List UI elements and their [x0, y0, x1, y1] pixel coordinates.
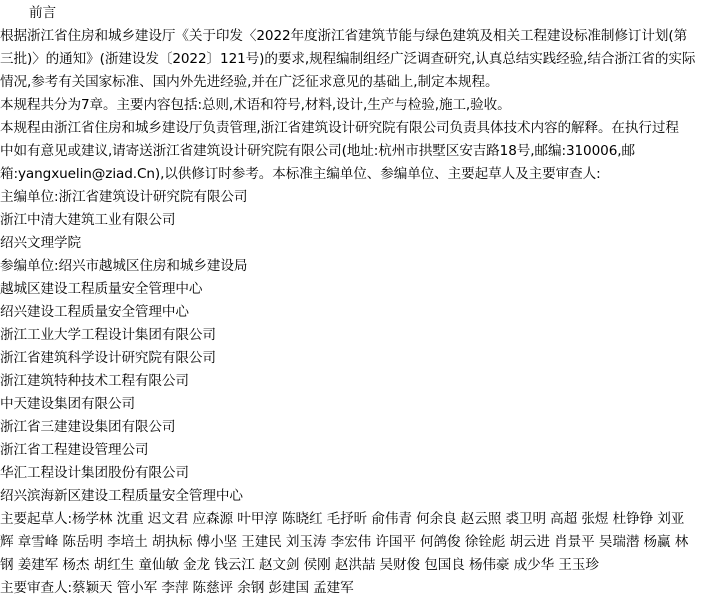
- drafters-line: 辉 章雪峰 陈岳明 李培土 胡执标 傅小坚 王建民 刘玉涛 李宏伟 许国平 何鸽…: [0, 531, 714, 554]
- document-page: 前言 根据浙江省住房和城乡建设厅《关于印发〈2022年度浙江省建筑节能与绿色建筑…: [0, 0, 714, 596]
- reviewers-line: 主要审查人:蔡颖天 管小军 李萍 陈慈评 余钢 彭建国 孟建军: [0, 577, 714, 596]
- participating-units: 参编单位:绍兴市越城区住房和城乡建设局 越城区建设工程质量安全管理中心 绍兴建设…: [0, 255, 714, 508]
- unit-item: 浙江中清大建筑工业有限公司: [0, 209, 714, 232]
- unit-item: 浙江省三建建设集团有限公司: [0, 416, 714, 439]
- unit-item: 浙江工业大学工程设计集团有限公司: [0, 324, 714, 347]
- unit-item: 浙江省建筑科学设计研究院有限公司: [0, 347, 714, 370]
- unit-item: 主编单位:浙江省建筑设计研究院有限公司: [0, 186, 714, 209]
- drafters-line: 钢 姜建军 杨杰 胡红生 童仙敏 金龙 钱云江 赵文剑 侯刚 赵洪喆 吴财俊 包…: [0, 554, 714, 577]
- unit-item: 绍兴建设工程质量安全管理中心: [0, 301, 714, 324]
- unit-item: 参编单位:绍兴市越城区住房和城乡建设局: [0, 255, 714, 278]
- intro-line: 情况,参考有关国家标准、国内外先进经验,并在广泛征求意见的基础上,制定本规程。: [0, 71, 714, 94]
- chief-editor-units: 主编单位:浙江省建筑设计研究院有限公司 浙江中清大建筑工业有限公司 绍兴文理学院: [0, 186, 714, 255]
- intro-line: 本规程共分为7章。主要内容包括:总则,术语和符号,材料,设计,生产与检验,施工,…: [0, 94, 714, 117]
- intro-line: 本规程由浙江省住房和城乡建设厅负责管理,浙江省建筑设计研究院有限公司负责具体技术…: [0, 117, 714, 140]
- intro-line: 箱:yangxuelin@ziad.Cn),以供修订时参考。本标准主编单位、参编…: [0, 163, 714, 186]
- section-title: 前言: [0, 2, 714, 25]
- intro-line: 中如有意见或建议,请寄送浙江省建筑设计研究院有限公司(地址:杭州市拱墅区安吉路1…: [0, 140, 714, 163]
- unit-item: 中天建设集团有限公司: [0, 393, 714, 416]
- drafters-line: 主要起草人:杨学林 沈重 迟文君 应森源 叶甲淳 陈晓红 毛抒昕 俞伟青 何余良…: [0, 508, 714, 531]
- drafters-list: 主要起草人:杨学林 沈重 迟文君 应森源 叶甲淳 陈晓红 毛抒昕 俞伟青 何余良…: [0, 508, 714, 577]
- unit-item: 绍兴文理学院: [0, 232, 714, 255]
- intro-line: 三批)〉的通知》(浙建设发〔2022〕121号)的要求,规程编制组经广泛调查研究…: [0, 48, 714, 71]
- intro-paragraphs: 根据浙江省住房和城乡建设厅《关于印发〈2022年度浙江省建筑节能与绿色建筑及相关…: [0, 25, 714, 186]
- unit-item: 越城区建设工程质量安全管理中心: [0, 278, 714, 301]
- unit-item: 浙江建筑特种技术工程有限公司: [0, 370, 714, 393]
- unit-item: 华汇工程设计集团股份有限公司: [0, 462, 714, 485]
- unit-item: 绍兴滨海新区建设工程质量安全管理中心: [0, 485, 714, 508]
- intro-line: 根据浙江省住房和城乡建设厅《关于印发〈2022年度浙江省建筑节能与绿色建筑及相关…: [0, 25, 714, 48]
- unit-item: 浙江省工程建设管理公司: [0, 439, 714, 462]
